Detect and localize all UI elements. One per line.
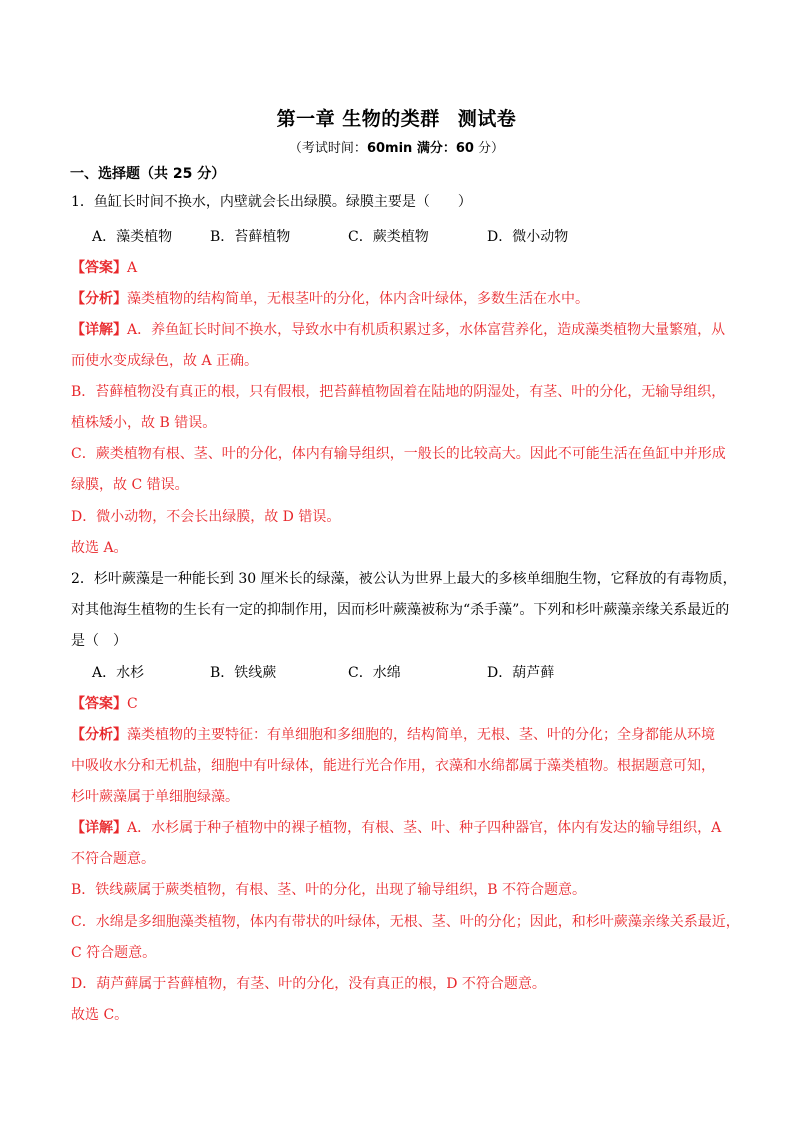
question-1-detail-line: 而使水变成绿色，故 A 正确。 xyxy=(71,351,258,371)
option-d: D．微小动物 xyxy=(487,226,568,246)
question-1-answer: 【答案】A xyxy=(71,258,137,278)
option-c: C．水绵 xyxy=(348,662,401,682)
detail-label: 【详解】 xyxy=(71,820,127,836)
question-1-stem: 1．鱼缸长时间不换水，内壁就会长出绿膜。绿膜主要是（ ） xyxy=(71,192,472,212)
option-b: B．铁线蕨 xyxy=(210,662,276,682)
option-d: D．葫芦藓 xyxy=(487,662,554,682)
option-b: B．苔藓植物 xyxy=(210,226,290,246)
analysis-text: 藻类植物的主要特征：有单细胞和多细胞的，结构简单，无根、茎、叶的分化；全身都能从… xyxy=(127,727,715,743)
question-2-analysis-line: 杉叶蕨藻属于单细胞绿藻。 xyxy=(71,787,239,807)
option-a: A．藻类植物 xyxy=(92,226,172,246)
option-a: A．水杉 xyxy=(92,662,144,682)
question-2-detail-line: B．铁线蕨属于蕨类植物，有根、茎、叶的分化，出现了输导组织，B 不符合题意。 xyxy=(71,880,586,900)
detail-text: A．养鱼缸长时间不换水，导致水中有机质积累过多，水体富营养化，造成藻类植物大量繁… xyxy=(127,322,725,338)
detail-label: 【详解】 xyxy=(71,322,127,338)
title-chapter: 第一章 生物的类群 xyxy=(277,108,440,130)
question-1-detail-line: B．苔藓植物没有真正的根，只有假根，把苔藓植物固着在陆地的阴湿处，有茎、叶的分化… xyxy=(71,382,725,402)
score-suffix: 分） xyxy=(474,141,504,156)
question-2-stem: 是（ ） xyxy=(71,631,127,651)
question-2-detail-line: 【详解】A．水杉属于种子植物中的裸子植物，有根、茎、叶、种子四种器官，体内有发达… xyxy=(71,818,721,838)
question-2-answer: 【答案】C xyxy=(71,694,138,714)
question-2-conclusion: 故选 C。 xyxy=(71,1005,128,1025)
analysis-label: 【分析】 xyxy=(71,727,127,743)
answer-label: 【答案】 xyxy=(71,260,127,276)
score-label: 满分： xyxy=(412,141,456,156)
answer-value: A xyxy=(127,260,137,276)
analysis-text: 藻类植物的结构简单，无根茎叶的分化，体内含叶绿体，多数生活在水中。 xyxy=(127,291,589,307)
detail-text: A．水杉属于种子植物中的裸子植物，有根、茎、叶、种子四种器官，体内有发达的输导组… xyxy=(127,820,721,836)
question-2-analysis-line: 中吸收水分和无机盐，细胞中有叶绿体，能进行光合作用，衣藻和水绵都属于藻类植物。根… xyxy=(71,756,715,776)
score-value: 60 xyxy=(456,141,474,156)
question-2-detail-line: C 符合题意。 xyxy=(71,943,156,963)
page-title: 第一章 生物的类群测试卷 xyxy=(0,104,793,131)
question-1-detail-line: D．微小动物，不会长出绿膜，故 D 错误。 xyxy=(71,507,340,527)
question-1-detail-line: 【详解】A．养鱼缸长时间不换水，导致水中有机质积累过多，水体富营养化，造成藻类植… xyxy=(71,320,725,340)
answer-value: C xyxy=(127,696,138,712)
question-2-stem: 2．杉叶蕨藻是一种能长到 30 厘米长的绿藻，被公认为世界上最大的多核单细胞生物… xyxy=(71,569,737,589)
question-1-detail-line: 绿膜，故 C 错误。 xyxy=(71,475,189,495)
answer-label: 【答案】 xyxy=(71,696,127,712)
option-c: C．蕨类植物 xyxy=(348,226,429,246)
question-2-detail-line: C．水绵是多细胞藻类植物，体内有带状的叶绿体，无根、茎、叶的分化；因此，和杉叶蕨… xyxy=(71,912,740,932)
title-test: 测试卷 xyxy=(458,108,517,130)
question-2-analysis: 【分析】藻类植物的主要特征：有单细胞和多细胞的，结构简单，无根、茎、叶的分化；全… xyxy=(71,725,715,745)
question-2-detail-line: D．葫芦藓属于苔藓植物，有茎、叶的分化，没有真正的根，D 不符合题意。 xyxy=(71,974,546,994)
question-2-stem: 对其他海生植物的生长有一定的抑制作用，因而杉叶蕨藻被称为“杀手藻”。下列和杉叶蕨… xyxy=(71,600,729,620)
question-1-conclusion: 故选 A。 xyxy=(71,538,128,558)
question-1-detail-line: C．蕨类植物有根、茎、叶的分化，体内有输导组织，一般长的比较高大。因此不可能生活… xyxy=(71,444,726,464)
question-1-detail-line: 植株矮小，故 B 错误。 xyxy=(71,413,216,433)
section-heading: 一、选择题（共 25 分） xyxy=(70,163,225,183)
question-2-detail-line: 不符合题意。 xyxy=(71,849,155,869)
exam-time-label: （考试时间： xyxy=(289,141,367,156)
analysis-label: 【分析】 xyxy=(71,291,127,307)
question-1-analysis: 【分析】藻类植物的结构简单，无根茎叶的分化，体内含叶绿体，多数生活在水中。 xyxy=(71,289,589,309)
exam-time-value: 60min xyxy=(367,141,412,156)
exam-info: （考试时间：60min 满分：60 分） xyxy=(0,137,793,156)
